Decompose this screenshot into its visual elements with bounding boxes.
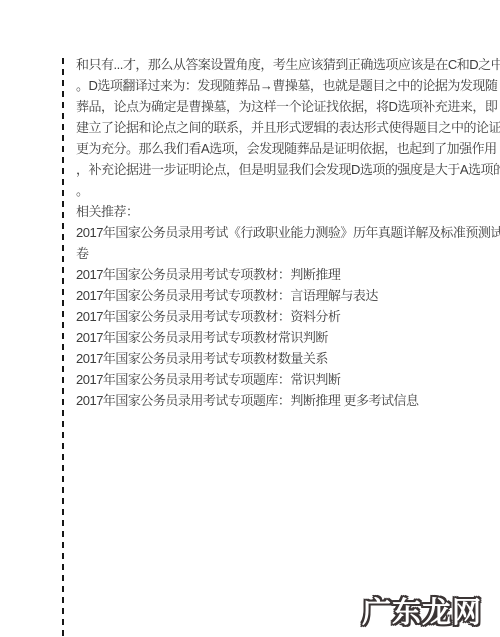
recommendation-link[interactable]: 2017年国家公务员录用考试专项教材数量关系 <box>76 348 496 369</box>
paragraph-line: 和只有...才，那么从答案设置角度，考生应该猜到正确选项应该是在C和D之中 <box>76 54 496 75</box>
recommendation-link[interactable]: 2017年国家公务员录用考试专项题库：常识判断 <box>76 369 496 390</box>
paragraph-line: 建立了论据和论点之间的联系，并且形式逻辑的表达形式使得题目之中的论证 <box>76 117 496 138</box>
article-body: 和只有...才，那么从答案设置角度，考生应该猜到正确选项应该是在C和D之中 。D… <box>76 54 496 411</box>
recommendation-link[interactable]: 2017年国家公务员录用考试专项教材常识判断 <box>76 327 496 348</box>
site-watermark: 广东龙网 <box>362 590 482 631</box>
recommendations-heading: 相关推荐： <box>76 201 496 222</box>
paragraph-line: 更为充分。那么我们看A选项，会发现随葬品是证明依据，也起到了加强作用 <box>76 138 496 159</box>
recommendation-link[interactable]: 2017年国家公务员录用考试专项教材：判断推理 <box>76 264 496 285</box>
recommendation-link[interactable]: 2017年国家公务员录用考试专项题库：判断推理 更多考试信息 <box>76 390 496 411</box>
paragraph-line: ，补充论据进一步证明论点，但是明显我们会发现D选项的强度是大于A选项的 <box>76 159 496 180</box>
paragraph-line: 。D选项翻译过来为：发现随葬品→曹操墓，也就是题目之中的论据为发现随 <box>76 75 496 96</box>
recommendation-link[interactable]: 2017年国家公务员录用考试《行政职业能力测验》历年真题详解及标准预测试 <box>76 222 496 243</box>
recommendation-link[interactable]: 2017年国家公务员录用考试专项教材：资料分析 <box>76 306 496 327</box>
article-page: 和只有...才，那么从答案设置角度，考生应该猜到正确选项应该是在C和D之中 。D… <box>0 0 500 637</box>
paragraph-line: 。 <box>76 180 496 201</box>
recommendation-link[interactable]: 2017年国家公务员录用考试专项教材：言语理解与表达 <box>76 285 496 306</box>
recommendation-link[interactable]: 卷 <box>76 243 496 264</box>
paragraph-line: 葬品，论点为确定是曹操墓，为这样一个论证找依据，将D选项补充进来，即 <box>76 96 496 117</box>
left-dashed-border <box>62 58 64 637</box>
